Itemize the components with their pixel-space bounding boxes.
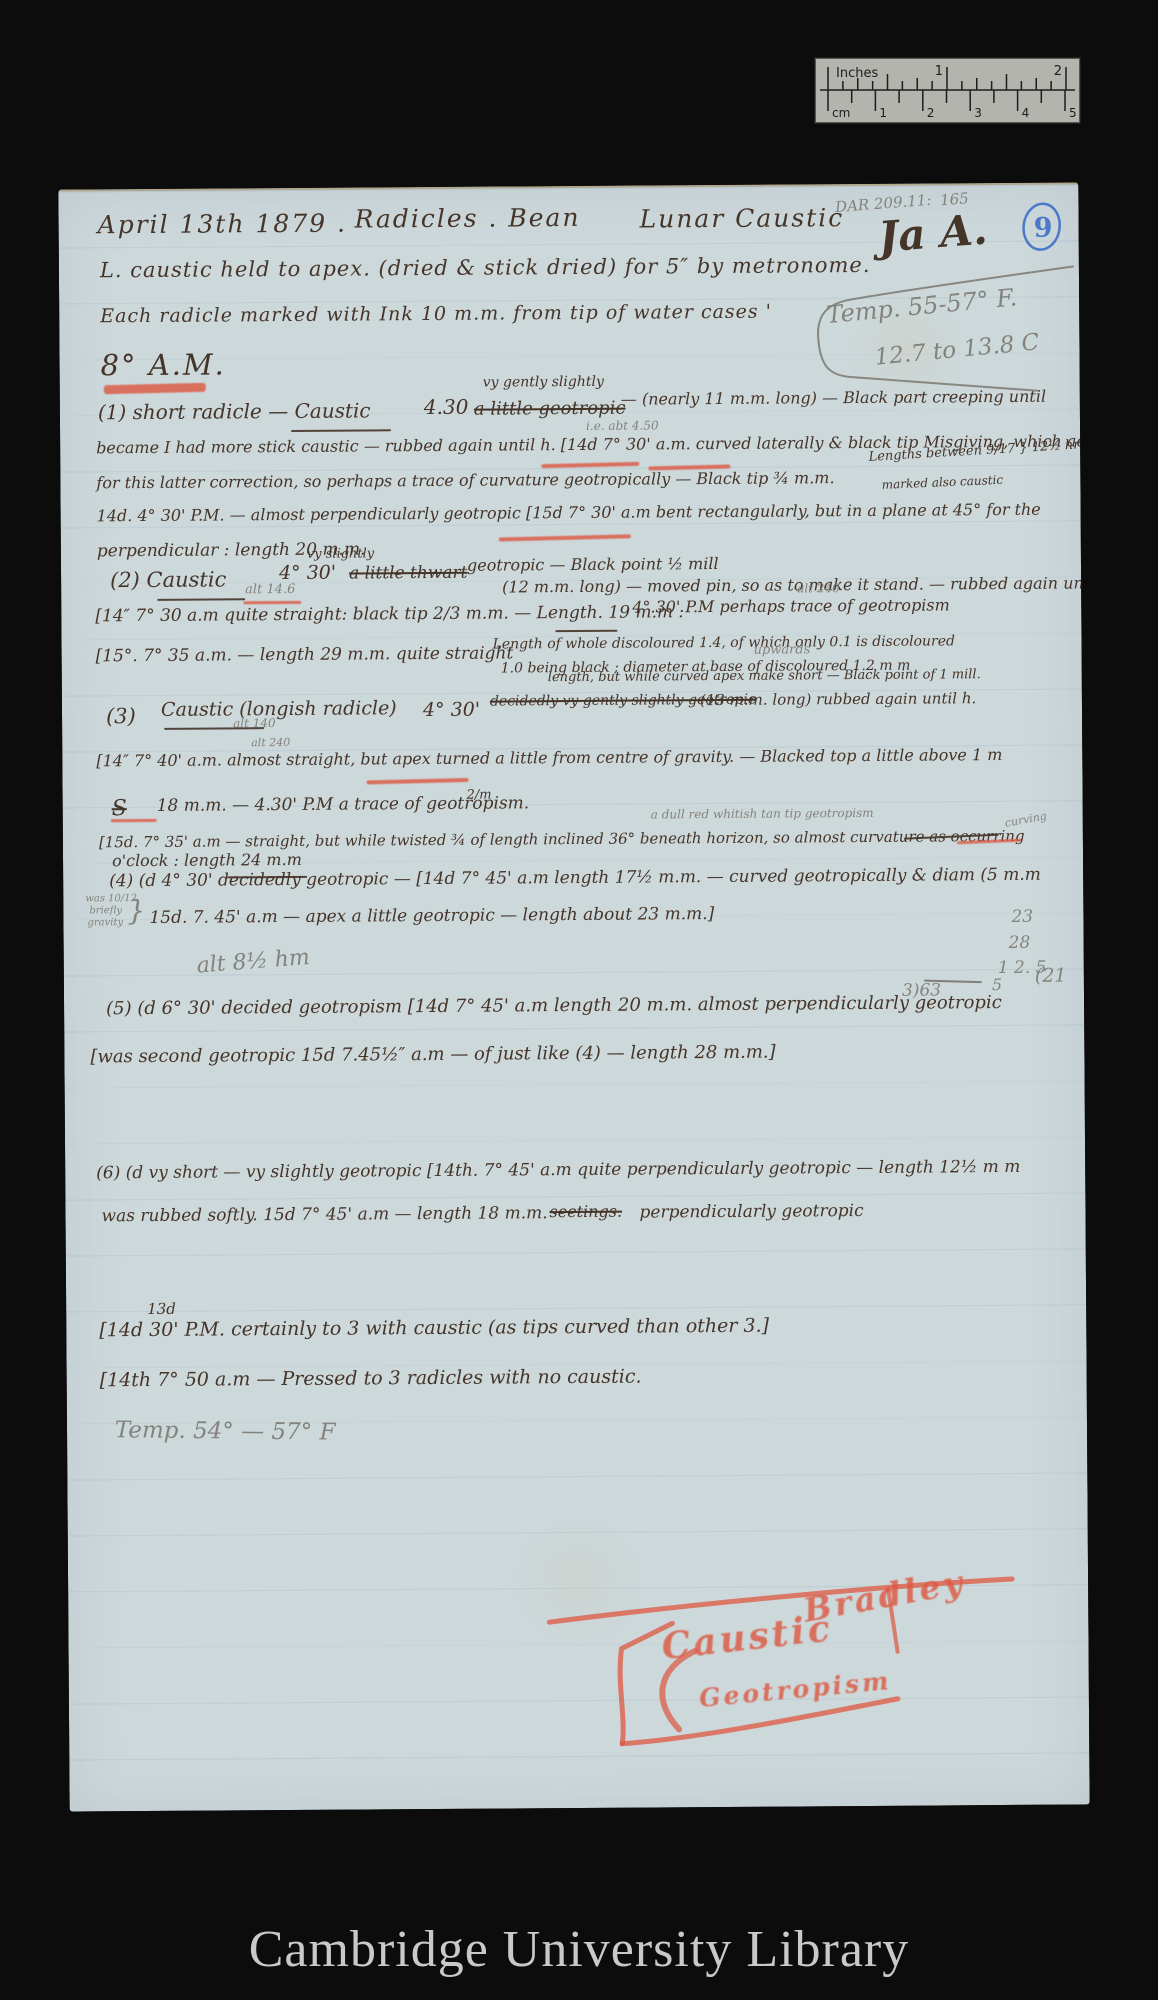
annotation-strokes [58, 182, 1089, 1811]
red-crayon-stroke [549, 1579, 1012, 1622]
ruler-label: 2 [1054, 64, 1062, 79]
photo-background: Inches12cm12345 April 13th 1879 .Radicle… [0, 0, 1158, 2000]
ruler-label: cm [832, 106, 850, 120]
ruler-label: 1 [935, 64, 943, 79]
ruler-label: 5 [1069, 106, 1077, 120]
red-crayon-stroke [662, 1651, 695, 1729]
library-watermark: Cambridge University Library [0, 1920, 1158, 1979]
manuscript-page: April 13th 1879 .Radicles . BeanLunar Ca… [58, 182, 1089, 1811]
pencil-bracket-stroke [818, 266, 1074, 392]
scale-ruler-icon: Inches12cm12345 [815, 58, 1080, 123]
red-crayon-stroke [888, 1589, 897, 1652]
folio-number-circle [1021, 202, 1063, 252]
ruler-label: 3 [974, 106, 982, 120]
ruler-label: Inches [836, 66, 878, 81]
ruler-label: 1 [879, 106, 887, 120]
ruler-label: 2 [927, 106, 935, 120]
ruler-label: 4 [1022, 106, 1030, 120]
